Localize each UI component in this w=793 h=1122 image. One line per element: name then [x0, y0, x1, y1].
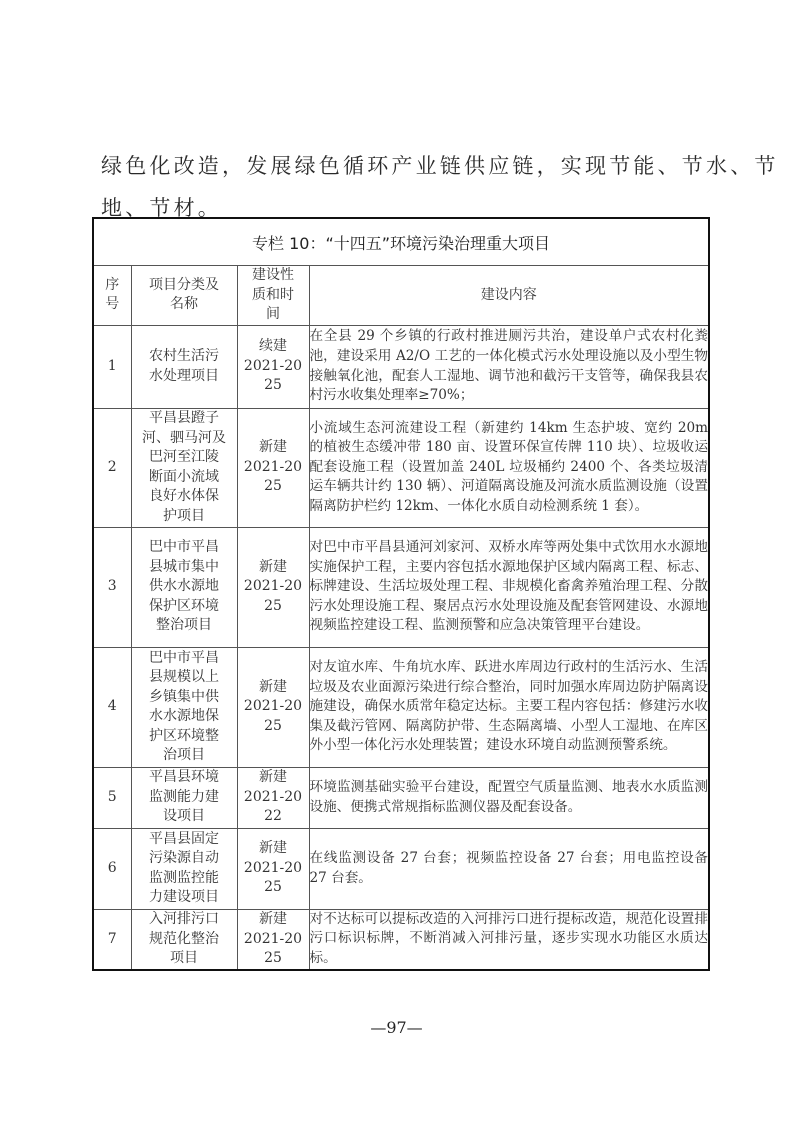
row-name: 巴中市平昌 县规模以上 乡镇集中供 水水源地保 护区环境整 治项目: [131, 647, 237, 767]
name-line: 水处理项目: [132, 367, 237, 387]
row-name: 平昌县环境 监测能力建 设项目: [131, 767, 237, 828]
nature-line: 新建: [238, 678, 309, 698]
row-nature: 新建 2021-20 25: [237, 909, 309, 970]
name-line: 力建设项目: [132, 888, 237, 908]
table-row: 6 平昌县固定 污染源自动 监测监控能 力建设项目 新建 2021-20 25 …: [93, 828, 709, 909]
row-content: 对不达标可以提标改造的入河排污口进行提标改造，规范化设置排污口标识标牌，不断消减…: [309, 909, 709, 970]
name-line: 护项目: [132, 507, 237, 527]
header-nature: 建设性 质和时 间: [237, 266, 309, 326]
header-content: 建设内容: [309, 266, 709, 326]
name-line: 设项目: [132, 807, 237, 827]
row-no: 4: [93, 647, 131, 767]
name-line: 农村生活污: [132, 347, 237, 367]
row-nature: 新建 2021-20 25: [237, 647, 309, 767]
row-content: 对友谊水库、牛角坑水库、跃进水库周边行政村的生活污水、生活垃圾及农业面源污染进行…: [309, 647, 709, 767]
row-content: 在全县 29 个乡镇的行政村推进厕污共治，建设单户式农村化粪池，建设采用 A2/…: [309, 325, 709, 408]
header-text: 名称: [132, 295, 237, 315]
name-line: 水水源地保: [132, 707, 237, 727]
table-row: 1 农村生活污 水处理项目 续建 2021-20 25 在全县 29 个乡镇的行…: [93, 325, 709, 408]
name-line: 平昌县固定: [132, 830, 237, 850]
nature-line: 新建: [238, 438, 309, 458]
nature-line: 22: [238, 807, 309, 827]
row-name: 巴中市平昌 县城市集中 供水水源地 保护区环境 整治项目: [131, 527, 237, 647]
page-number: —97—: [0, 1018, 793, 1037]
row-content: 环境监测基础实验平台建设，配置空气质量监测、地表水水质监测设施、便携式常规指标监…: [309, 767, 709, 828]
row-no: 6: [93, 828, 131, 909]
table-row: 5 平昌县环境 监测能力建 设项目 新建 2021-20 22 环境监测基础实验…: [93, 767, 709, 828]
row-nature: 新建 2021-20 25: [237, 408, 309, 527]
nature-line: 2021-20: [238, 577, 309, 597]
header-text: 建设性: [238, 266, 309, 286]
name-line: 供水水源地: [132, 577, 237, 597]
header-text: 号: [94, 295, 131, 315]
nature-line: 2021-20: [238, 930, 309, 950]
row-name: 平昌县固定 污染源自动 监测监控能 力建设项目: [131, 828, 237, 909]
nature-line: 2021-20: [238, 859, 309, 879]
name-line: 巴中市平昌: [132, 649, 237, 669]
header-text: 质和时: [238, 286, 309, 306]
row-nature: 新建 2021-20 22: [237, 767, 309, 828]
name-line: 规范化整治: [132, 930, 237, 950]
nature-line: 25: [238, 477, 309, 497]
row-no: 1: [93, 325, 131, 408]
name-line: 整治项目: [132, 616, 237, 636]
name-line: 监测能力建: [132, 788, 237, 808]
row-no: 3: [93, 527, 131, 647]
row-no: 7: [93, 909, 131, 970]
name-line: 护区环境整: [132, 727, 237, 747]
name-line: 县城市集中: [132, 558, 237, 578]
nature-line: 2021-20: [238, 357, 309, 377]
name-line: 平昌县环境: [132, 768, 237, 788]
row-content: 对巴中市平昌县通河刘家河、双桥水库等两处集中式饮用水水源地实施保护工程，主要内容…: [309, 527, 709, 647]
name-line: 保护区环境: [132, 597, 237, 617]
row-name: 农村生活污 水处理项目: [131, 325, 237, 408]
nature-line: 新建: [238, 839, 309, 859]
name-line: 巴中市平昌: [132, 538, 237, 558]
nature-line: 25: [238, 717, 309, 737]
row-name: 平昌县蹬子 河、驷马河及 巴河至江陵 断面小流域 良好水体保 护项目: [131, 408, 237, 527]
table-title: 专栏 10：“十四五”环境污染治理重大项目: [93, 218, 709, 266]
name-line: 乡镇集中供: [132, 688, 237, 708]
row-no: 5: [93, 767, 131, 828]
name-line: 治项目: [132, 746, 237, 766]
name-line: 项目: [132, 949, 237, 969]
header-no: 序 号: [93, 266, 131, 326]
row-no: 2: [93, 408, 131, 527]
nature-line: 25: [238, 949, 309, 969]
name-line: 县规模以上: [132, 668, 237, 688]
nature-line: 2021-20: [238, 458, 309, 478]
row-content: 在线监测设备 27 台套；视频监控设备 27 台套；用电监控设备 27 台套。: [309, 828, 709, 909]
table-header-row: 序 号 项目分类及 名称 建设性 质和时 间 建设内容: [93, 266, 709, 326]
row-content: 小流域生态河流建设工程（新建约 14km 生态护坡、宽约 20m 的植被生态缓冲…: [309, 408, 709, 527]
table-row: 4 巴中市平昌 县规模以上 乡镇集中供 水水源地保 护区环境整 治项目 新建 2…: [93, 647, 709, 767]
name-line: 监测监控能: [132, 869, 237, 889]
header-text: 序: [94, 276, 131, 296]
project-table: 专栏 10：“十四五”环境污染治理重大项目 序 号 项目分类及 名称 建设性 质…: [92, 217, 710, 971]
nature-line: 2021-20: [238, 788, 309, 808]
row-nature: 续建 2021-20 25: [237, 325, 309, 408]
nature-line: 25: [238, 878, 309, 898]
name-line: 平昌县蹬子: [132, 409, 237, 429]
row-name: 入河排污口 规范化整治 项目: [131, 909, 237, 970]
name-line: 巴河至江陵: [132, 448, 237, 468]
name-line: 河、驷马河及: [132, 429, 237, 449]
nature-line: 续建: [238, 337, 309, 357]
nature-line: 25: [238, 376, 309, 396]
header-text: 间: [238, 305, 309, 325]
header-name: 项目分类及 名称: [131, 266, 237, 326]
header-text: 项目分类及: [132, 276, 237, 296]
row-nature: 新建 2021-20 25: [237, 527, 309, 647]
table-row: 7 入河排污口 规范化整治 项目 新建 2021-20 25 对不达标可以提标改…: [93, 909, 709, 970]
nature-line: 新建: [238, 768, 309, 788]
name-line: 污染源自动: [132, 849, 237, 869]
nature-line: 25: [238, 597, 309, 617]
nature-line: 新建: [238, 910, 309, 930]
name-line: 断面小流域: [132, 468, 237, 488]
nature-line: 新建: [238, 558, 309, 578]
row-nature: 新建 2021-20 25: [237, 828, 309, 909]
table-row: 3 巴中市平昌 县城市集中 供水水源地 保护区环境 整治项目 新建 2021-2…: [93, 527, 709, 647]
table-row: 2 平昌县蹬子 河、驷马河及 巴河至江陵 断面小流域 良好水体保 护项目 新建 …: [93, 408, 709, 527]
name-line: 良好水体保: [132, 487, 237, 507]
paragraph-line: 绿色化改造，发展绿色循环产业链供应链，实现节能、节水、节: [101, 145, 711, 187]
nature-line: 2021-20: [238, 697, 309, 717]
name-line: 入河排污口: [132, 910, 237, 930]
